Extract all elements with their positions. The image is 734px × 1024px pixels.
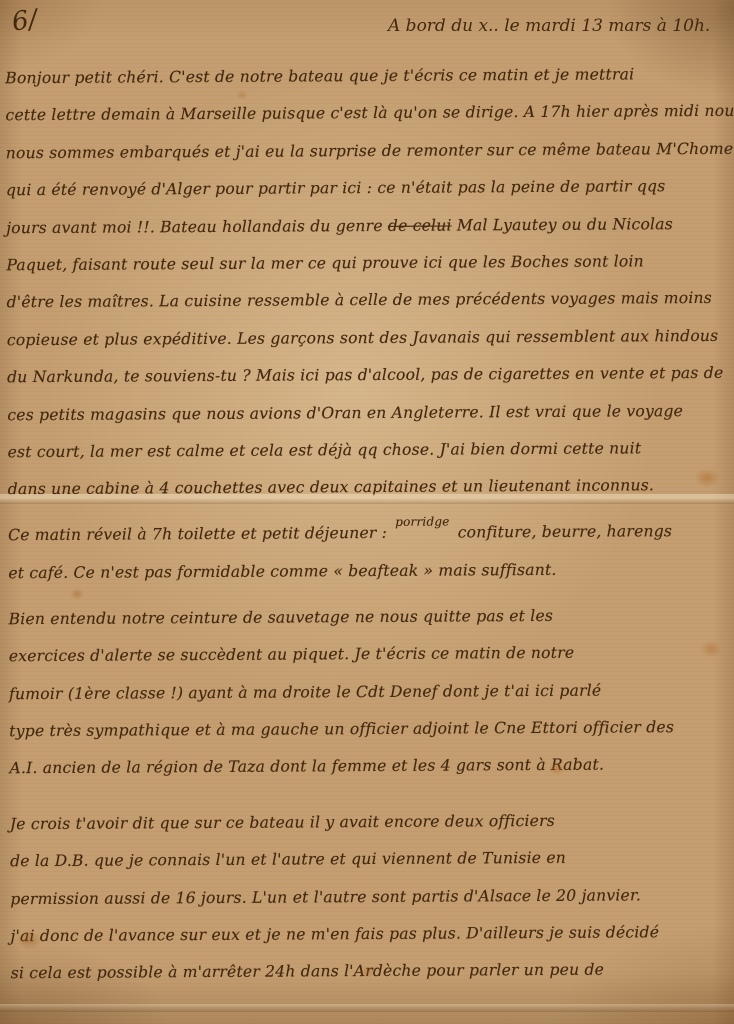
line-segment: Mal Lyautey ou du Nicolas bbox=[452, 215, 673, 234]
letter-line: type très sympathique et à ma gauche un … bbox=[9, 709, 731, 751]
line-segment: jours avant moi !!. Bateau hollandais du… bbox=[6, 217, 388, 237]
letter-line: ces petits magasins que nous avions d'Or… bbox=[7, 392, 729, 434]
letter-line: exercices d'alerte se succèdent au pique… bbox=[9, 634, 731, 676]
letter-line: dans une cabine à 4 couchettes avec deux… bbox=[8, 467, 730, 509]
letter-line: Bien entendu notre ceinture de sauvetage… bbox=[8, 596, 730, 638]
fold-crease bbox=[0, 1004, 734, 1012]
letter-line: Paquet, faisant route seul sur la mer ce… bbox=[6, 243, 728, 285]
letter-line: Bonjour petit chéri. C'est de notre bate… bbox=[5, 56, 727, 98]
letter-line: nous sommes embarqués et j'ai eu la surp… bbox=[6, 131, 728, 173]
letter-line: si cela est possible à m'arrêter 24h dan… bbox=[11, 951, 733, 993]
letter-line: est court, la mer est calme et cela est … bbox=[7, 430, 729, 472]
letter-line: jours avant moi !!. Bateau hollandais du… bbox=[6, 205, 728, 247]
letter-line: fumoir (1ère classe !) ayant à ma droite… bbox=[9, 671, 731, 713]
letter-line: Ce matin réveil à 7h toilette et petit d… bbox=[8, 513, 730, 556]
date-heading: A bord du x.. le mardi 13 mars à 10h. bbox=[388, 16, 728, 36]
letter-line: qui a été renvoyé d'Alger pour partir pa… bbox=[6, 168, 728, 210]
letter-line: cette lettre demain à Marseille puisque … bbox=[5, 93, 727, 135]
letter-line: permission aussi de 16 jours. L'un et l'… bbox=[10, 876, 732, 918]
line-segment: confiture, beurre, harengs bbox=[453, 522, 673, 541]
letter-line: A.I. ancien de la région de Taza dont la… bbox=[9, 746, 731, 788]
letter-line: de la D.B. que je connais l'un et l'autr… bbox=[10, 839, 732, 881]
page-number: 6/ bbox=[10, 4, 39, 37]
letter-body: Bonjour petit chéri. C'est de notre bate… bbox=[5, 56, 733, 993]
letter-line: d'être les maîtres. La cuisine ressemble… bbox=[7, 280, 729, 322]
inserted-word: porridge bbox=[395, 514, 449, 528]
letter-line: du Narkunda, te souviens-tu ? Mais ici p… bbox=[7, 355, 729, 397]
line-segment: Ce matin réveil à 7h toilette et petit d… bbox=[8, 524, 392, 544]
letter-line: Je crois t'avoir dit que sur ce bateau i… bbox=[10, 802, 732, 844]
letter-line: j'ai donc de l'avance sur eux et je ne m… bbox=[10, 914, 732, 956]
letter-line: copieuse et plus expéditive. Les garçons… bbox=[7, 318, 729, 360]
letter-page: 6/ A bord du x.. le mardi 13 mars à 10h.… bbox=[0, 0, 734, 1024]
struck-text: de celui bbox=[388, 216, 452, 234]
letter-line: et café. Ce n'est pas formidable comme «… bbox=[8, 551, 730, 593]
